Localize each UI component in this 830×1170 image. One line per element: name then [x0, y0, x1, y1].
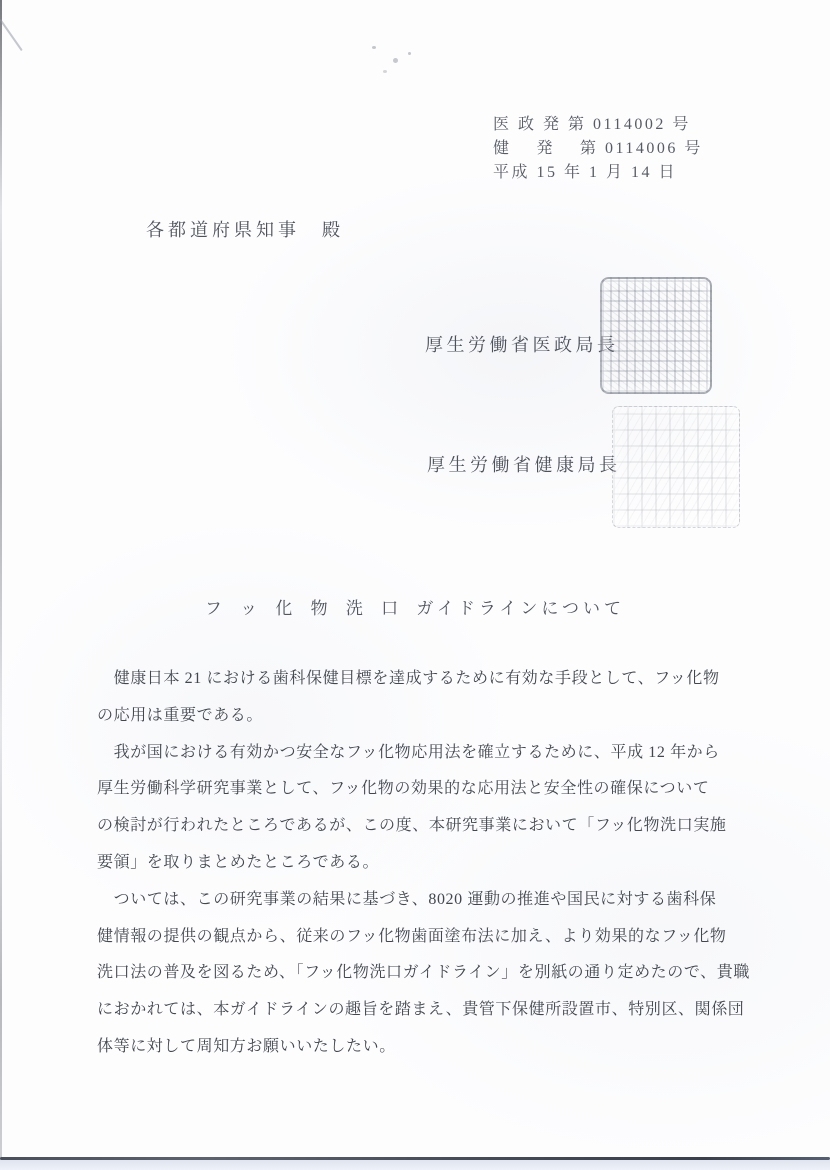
scan-noise-speck — [393, 58, 398, 63]
scan-corner-mark — [0, 19, 23, 51]
body-line: におかれては、本ガイドラインの趣旨を踏まえ、貴管下保健所設置市、特別区、関係団 — [97, 992, 737, 1029]
body-line: 洗口法の普及を図るため、「フッ化物洗口ガイドライン」を別紙の通り定めたので、貴職 — [97, 955, 737, 992]
scan-noise-speck — [383, 70, 387, 73]
letter-body: 健康日本 21 における歯科保健目標を達成するために有効な手段として、フッ化物 … — [97, 661, 737, 1066]
document-number-block: 医 政 発 第 0114002 号 健 発 第 0114006 号 平成 15 … — [493, 113, 703, 185]
official-seal-stamp-medical-affairs — [600, 277, 712, 394]
body-line: 健康日本 21 における歯科保健目標を達成するために有効な手段として、フッ化物 — [97, 661, 737, 698]
body-line: ついては、この研究事業の結果に基づき、8020 運動の推進や国民に対する歯科保 — [97, 882, 737, 919]
body-line: 体等に対して周知方お願いいたしたい。 — [97, 1029, 737, 1066]
scanned-letter-page: 医 政 発 第 0114002 号 健 発 第 0114006 号 平成 15 … — [0, 0, 830, 1170]
body-line: の検討が行われたところであるが、この度、本研究事業において「フッ化物洗口実施 — [97, 808, 737, 845]
scan-bottom-strip — [0, 1160, 830, 1170]
body-line: 我が国における有効かつ安全なフッ化物応用法を確立するために、平成 12 年から — [97, 735, 737, 772]
scan-noise-speck — [408, 52, 411, 55]
addressee-line: 各都道府県知事 殿 — [146, 216, 344, 242]
doc-number-line-iseihatsu: 医 政 発 第 0114002 号 — [493, 113, 703, 137]
body-line: の応用は重要である。 — [97, 698, 737, 735]
sender-health-bureau-chief: 厚生労働省健康局長 — [427, 451, 621, 477]
sender-medical-affairs-bureau-chief: 厚生労働省医政局長 — [425, 331, 619, 357]
scan-noise-speck — [372, 46, 376, 49]
body-line: 健情報の提供の観点から、従来のフッ化物歯面塗布法に加え、より効果的なフッ化物 — [97, 919, 737, 956]
body-line: 厚生労働科学研究事業として、フッ化物の効果的な応用法と安全性の確保について — [97, 771, 737, 808]
official-seal-stamp-health — [612, 406, 740, 528]
doc-number-line-kenpatsu: 健 発 第 0114006 号 — [493, 137, 703, 161]
document-date: 平成 15 年 1 月 14 日 — [493, 161, 703, 185]
document-title: フ ッ 化 物 洗 口 ガイドラインについて — [0, 594, 830, 619]
scan-left-edge-line — [0, 0, 2, 1170]
body-line: 要領」を取りまとめたところである。 — [97, 845, 737, 882]
